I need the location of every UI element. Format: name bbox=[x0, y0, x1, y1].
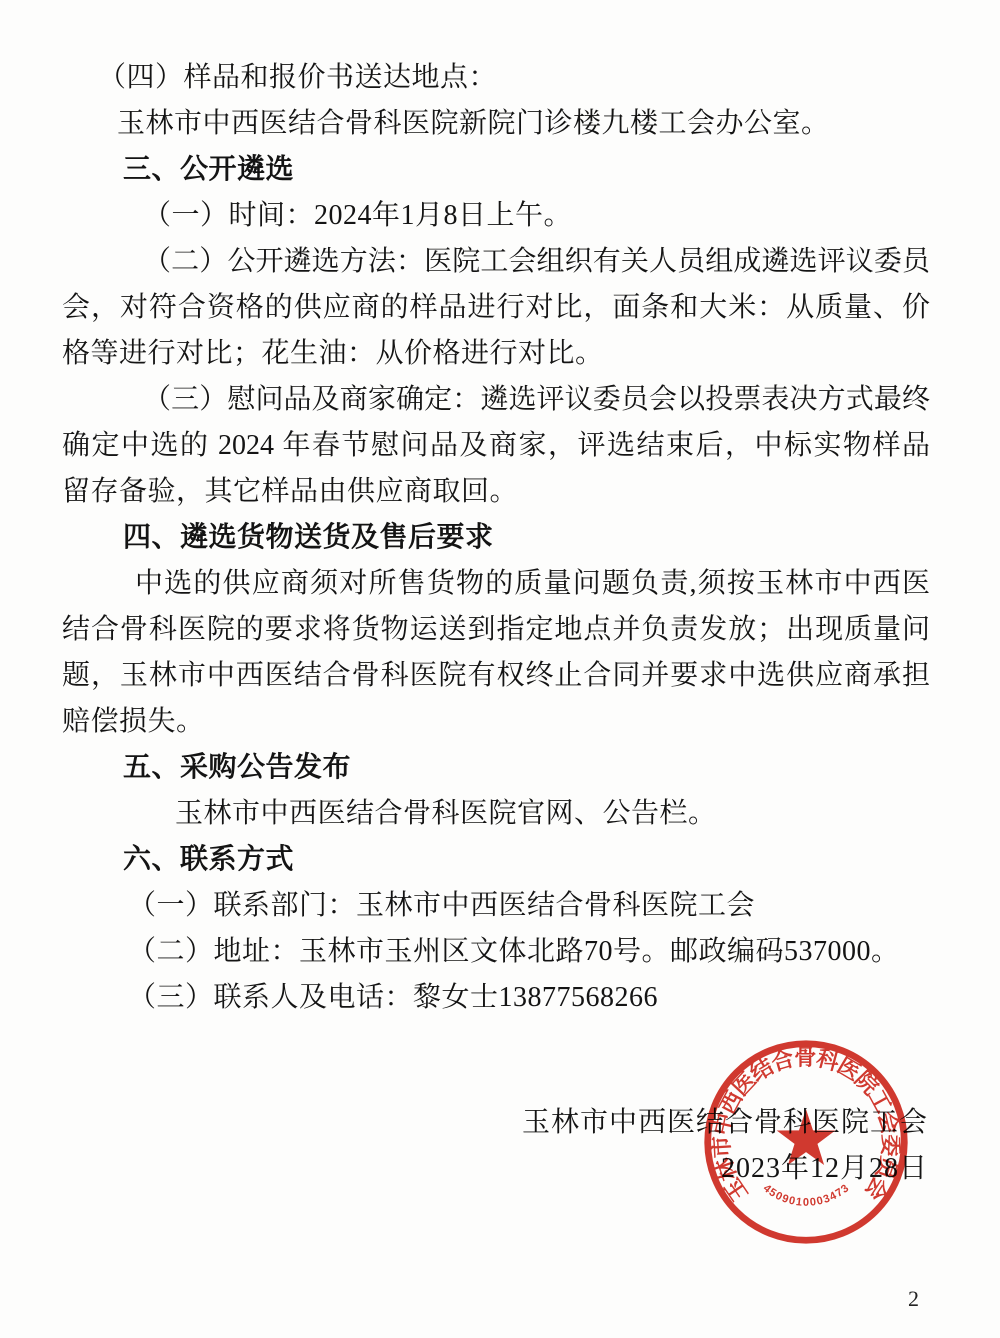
text-line: 结合骨科医院的要求将货物运送到指定地点并负责发放；出现质量问 bbox=[62, 607, 930, 653]
page-number: 2 bbox=[908, 1286, 919, 1312]
text-line: （三）慰问品及商家确定：遴选评议委员会以投票表决方式最终 bbox=[62, 377, 930, 423]
text-line: （二）公开遴选方法：医院工会组织有关人员组成遴选评议委员 bbox=[62, 239, 930, 285]
text-line: 玉林市中西医结合骨科医院新院门诊楼九楼工会办公室。 bbox=[62, 101, 930, 147]
text-line: （一）时间：2024年1月8日上午。 bbox=[62, 193, 930, 239]
text-line: 玉林市中西医结合骨科医院官网、公告栏。 bbox=[62, 791, 930, 837]
document-body: （四）样品和报价书送达地点：玉林市中西医结合骨科医院新院门诊楼九楼工会办公室。三… bbox=[62, 55, 930, 1021]
text-line: 赔偿损失。 bbox=[62, 699, 930, 745]
text-line: 会，对符合资格的供应商的样品进行对比，面条和大米：从质量、价 bbox=[62, 285, 930, 331]
red-star-icon bbox=[777, 1109, 836, 1165]
text-line: （四）样品和报价书送达地点： bbox=[62, 55, 930, 101]
text-line: 中选的供应商须对所售货物的质量问题负责,须按玉林市中西医 bbox=[62, 561, 930, 607]
text-line: （二）地址：玉林市玉州区文体北路70号。邮政编码537000。 bbox=[62, 929, 930, 975]
document-page: （四）样品和报价书送达地点：玉林市中西医结合骨科医院新院门诊楼九楼工会办公室。三… bbox=[0, 0, 1000, 1338]
official-seal-stamp: 玉林市中西医结合骨科医院工会委员会 4509010003473 bbox=[700, 1036, 912, 1248]
text-line: （一）联系部门：玉林市中西医结合骨科医院工会 bbox=[62, 883, 930, 929]
text-line: 四、遴选货物送货及售后要求 bbox=[62, 515, 930, 561]
text-line: 留存备验，其它样品由供应商取回。 bbox=[62, 469, 930, 515]
text-line: （三）联系人及电话：黎女士13877568266 bbox=[62, 975, 930, 1021]
text-line: 格等进行对比；花生油：从价格进行对比。 bbox=[62, 331, 930, 377]
text-line: 三、公开遴选 bbox=[62, 147, 930, 193]
text-line: 五、采购公告发布 bbox=[62, 745, 930, 791]
seal-serial-number: 4509010003473 bbox=[761, 1182, 851, 1208]
text-line: 确定中选的 2024 年春节慰问品及商家，评选结束后，中标实物样品 bbox=[62, 423, 930, 469]
text-line: 题，玉林市中西医结合骨科医院有权终止合同并要求中选供应商承担 bbox=[62, 653, 930, 699]
text-line: 六、联系方式 bbox=[62, 837, 930, 883]
